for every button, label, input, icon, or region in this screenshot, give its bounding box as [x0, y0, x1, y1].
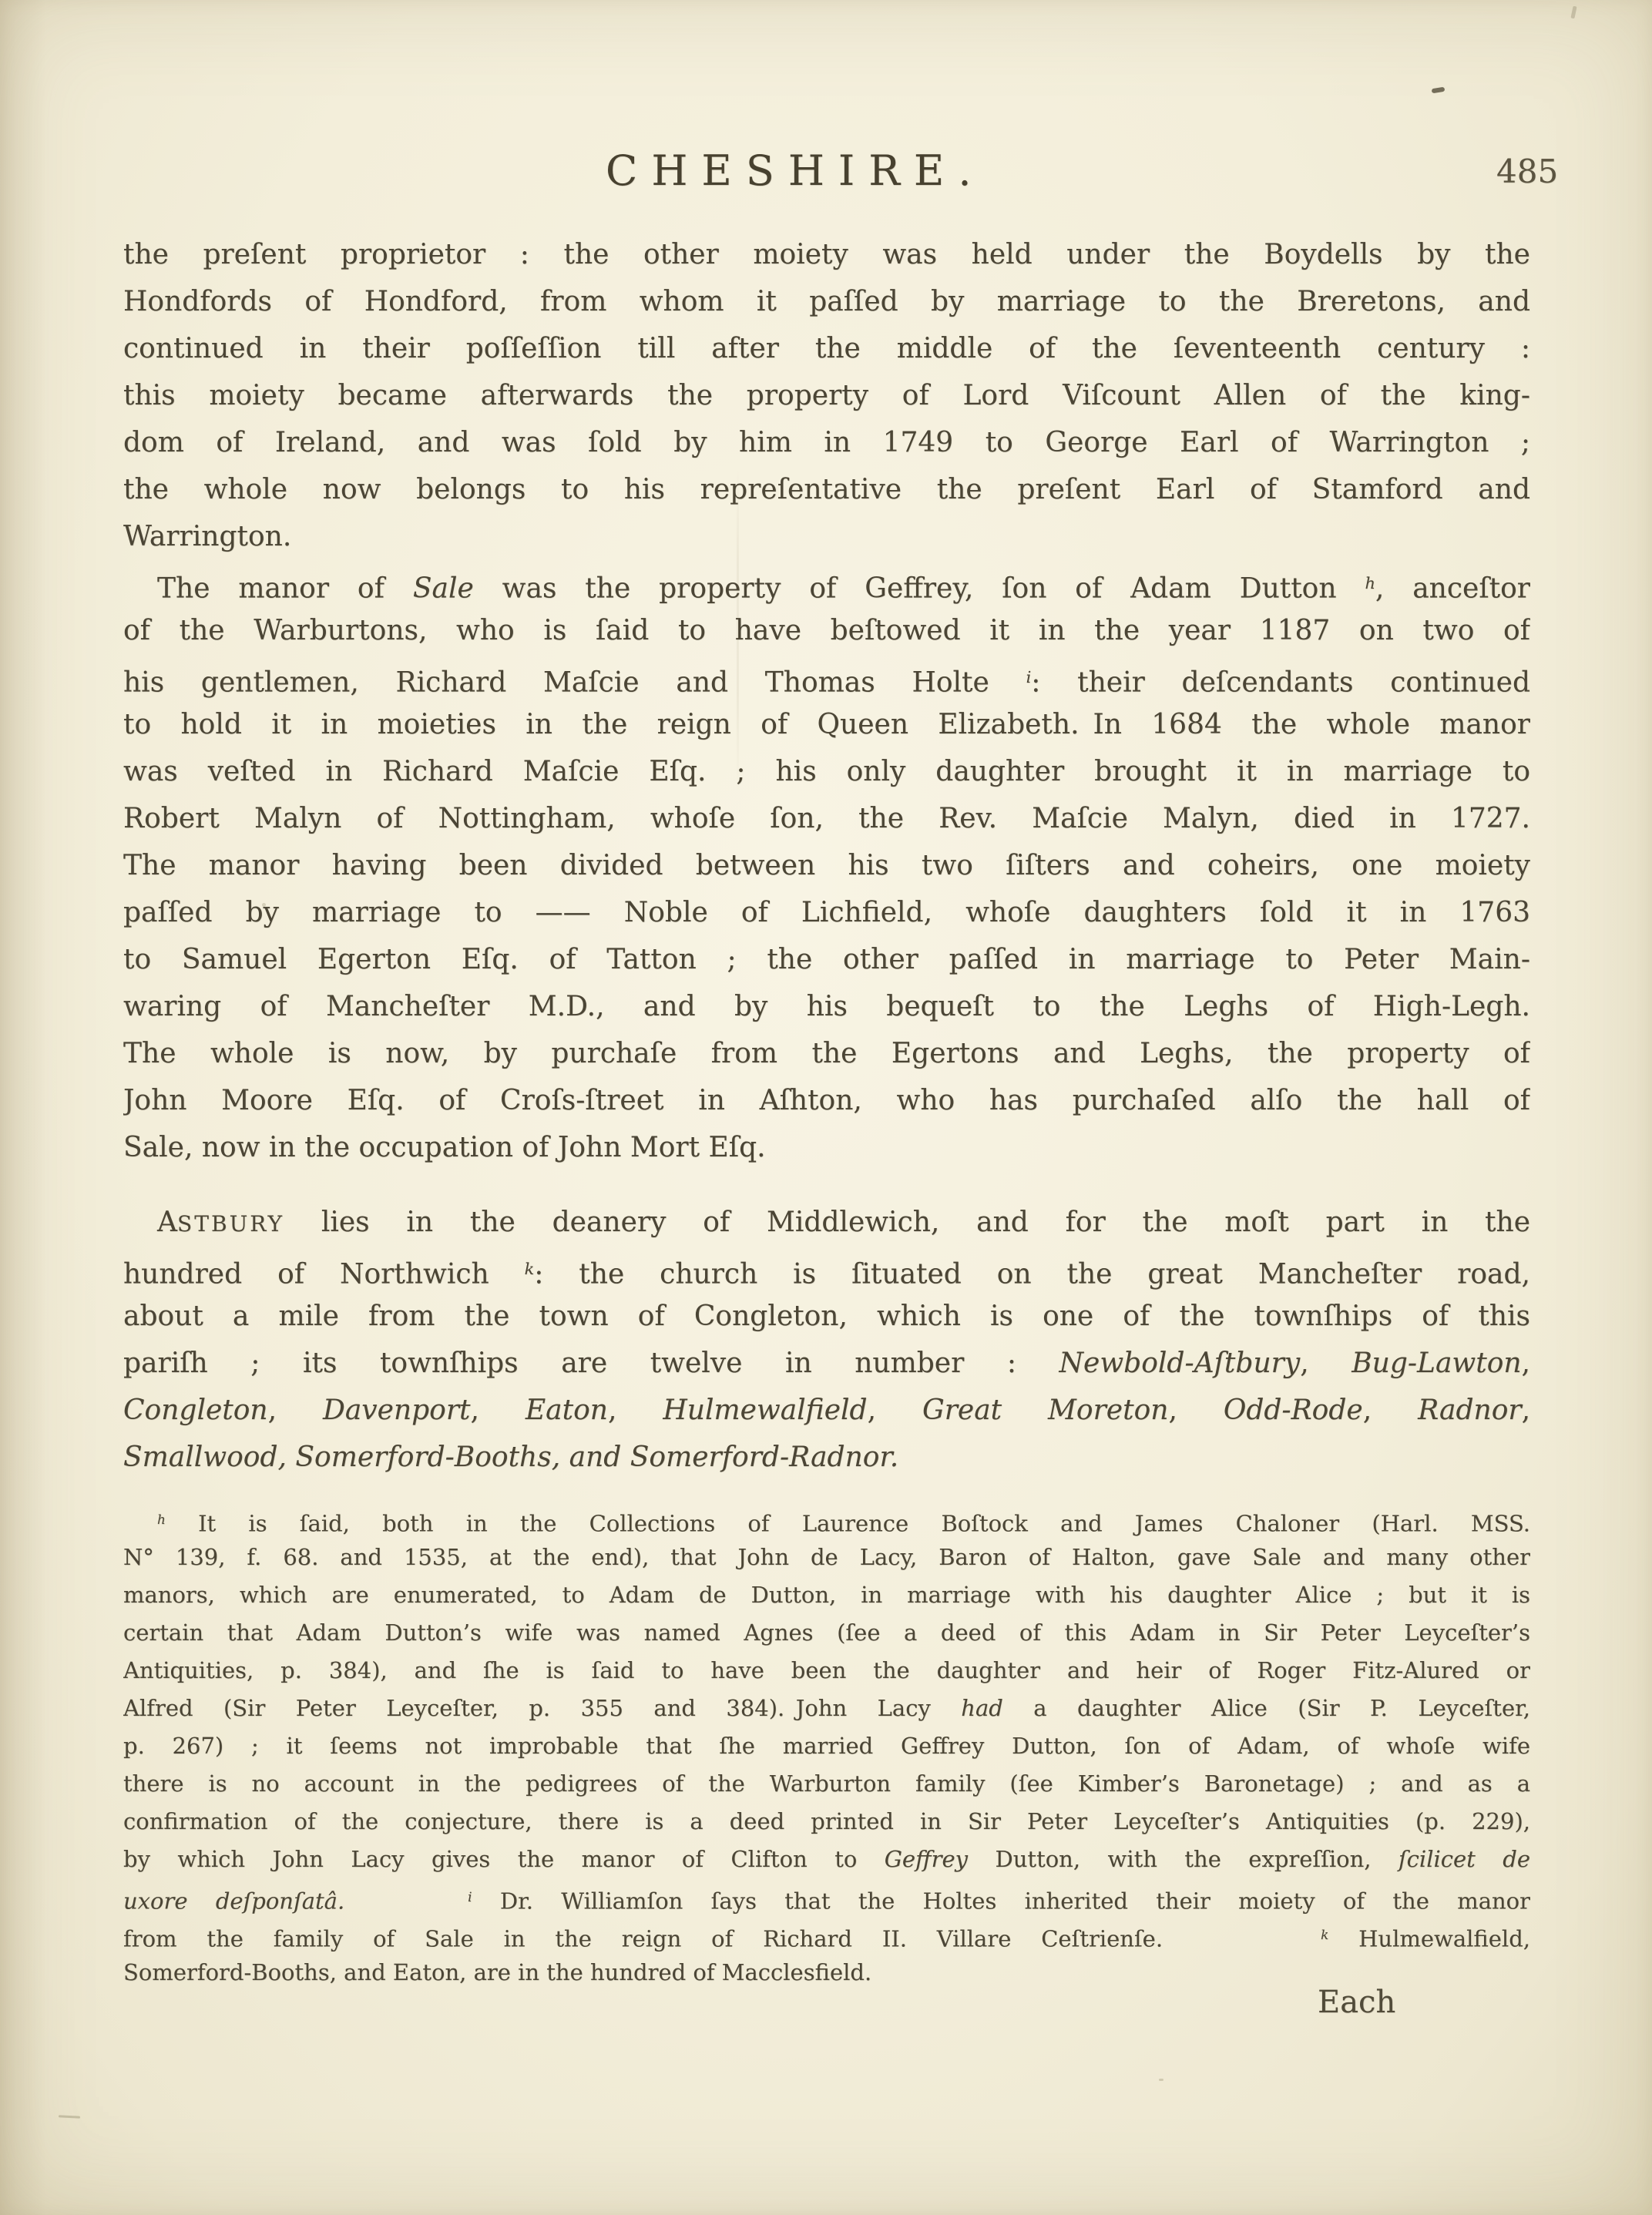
text-run: Antiquities, p. 384), and ſhe is ſaid to…: [123, 1657, 1530, 1683]
footnote-marker: h: [157, 1512, 166, 1527]
text-line: there is no account in the pedigrees of …: [123, 1765, 1530, 1803]
text-run: The manor having been divided between hi…: [123, 850, 1530, 881]
text-run: manors, which are enumerated, to Adam de…: [123, 1582, 1530, 1608]
text-run: certain that Adam Dutton’s wife was name…: [123, 1619, 1530, 1646]
text-line: the preſent proprietor : the other moiet…: [123, 231, 1530, 278]
catchword: Each: [1318, 1985, 1395, 2020]
text-run: , anceſtor: [1375, 572, 1530, 604]
text-line: his gentlemen, Richard Maſcie and Thomas…: [123, 654, 1530, 701]
text-line: from the family of Sale in the reign of …: [123, 1916, 1530, 1954]
paragraph-sale-manor: The manor of Sale was the property of Ge…: [123, 560, 1530, 1171]
text-run: John Moore Eſq. of Croſs-ſtreet in Aſhto…: [123, 1085, 1530, 1116]
text-line: confirmation of the conjecture, there is…: [123, 1803, 1530, 1841]
text-run: ,: [608, 1394, 663, 1426]
text-line: was veſted in Richard Maſcie Eſq. ; his …: [123, 748, 1530, 795]
text-run: Congleton: [123, 1394, 268, 1426]
text-line: Congleton, Davenport, Eaton, Hulmewalfie…: [123, 1387, 1530, 1434]
text-run: of the Warburtons, who is ſaid to have b…: [123, 615, 1530, 646]
text-line: N° 139, f. 68. and 1535, at the end), th…: [123, 1539, 1530, 1576]
text-line: The whole is now, by purchaſe from the E…: [123, 1030, 1530, 1077]
text-run: hundred of Northwich: [123, 1258, 525, 1290]
text-run: STBURY: [177, 1211, 284, 1237]
text-line: Alfred (Sir Peter Leyceſter, p. 355 and …: [123, 1690, 1530, 1727]
text-line: Robert Malyn of Nottingham, whoſe ſon, t…: [123, 795, 1530, 842]
text-run: Dr. Williamſon ſays that the Holtes inhe…: [472, 1888, 1530, 1914]
text-run: ſcilicet de: [1398, 1846, 1530, 1872]
text-line: manors, which are enumerated, to Adam de…: [123, 1576, 1530, 1614]
text-line: h It is ſaid, both in the Collections of…: [123, 1501, 1530, 1539]
paragraph-continuation: the preſent proprietor : the other moiet…: [123, 231, 1530, 560]
footnotes-block: h It is ſaid, both in the Collections of…: [123, 1501, 1530, 1992]
running-head-title: CHESHIRE.: [606, 146, 985, 195]
text-run: by which John Lacy gives the manor of Cl…: [123, 1846, 885, 1872]
text-line: to hold it in moieties in the reign of Q…: [123, 701, 1530, 748]
text-run: Hulmewalfield,: [1328, 1925, 1530, 1952]
text-run: Dutton, with the expreſſion,: [968, 1846, 1398, 1872]
book-page: CHESHIRE. 485 the preſent proprietor : t…: [0, 0, 1652, 2215]
text-run: Alfred (Sir Peter Leyceſter, p. 355 and …: [123, 1695, 961, 1721]
text-run: ,: [1363, 1394, 1418, 1426]
text-line: certain that Adam Dutton’s wife was name…: [123, 1614, 1530, 1652]
text-line: Hondfords of Hondford, from whom it paſſ…: [123, 278, 1530, 325]
text-line: Sale, now in the occupation of John Mort…: [123, 1124, 1530, 1171]
text-run: was veſted in Richard Maſcie Eſq. ; his …: [123, 756, 1530, 787]
text-line: Warrington.: [123, 513, 1530, 560]
text-line: uxore deſponſatâ.i Dr. Williamſon ſays t…: [123, 1878, 1530, 1916]
text-line: ASTBURY lies in the deanery of Middlewic…: [123, 1199, 1530, 1246]
text-run: Hulmewalfield: [663, 1394, 867, 1426]
text-run: uxore deſponſatâ.: [123, 1888, 344, 1914]
text-run: dom of Ireland, and was ſold by him in 1…: [123, 427, 1530, 458]
text-run: p. 267) ; it ſeems not improbable that ſ…: [123, 1733, 1530, 1759]
paragraph-astbury: ASTBURY lies in the deanery of Middlewic…: [123, 1199, 1530, 1481]
text-run: ,: [1522, 1394, 1530, 1426]
text-run: Warrington.: [123, 521, 291, 552]
text-run: : the church is ſituated on the great Ma…: [534, 1258, 1530, 1290]
text-run: was the property of Geffrey, ſon of Adam…: [474, 572, 1365, 604]
text-run: Geffrey: [885, 1846, 968, 1872]
text-line: Antiquities, p. 384), and ſhe is ſaid to…: [123, 1652, 1530, 1690]
text-run: The manor of: [157, 572, 413, 604]
text-line: The manor having been divided between hi…: [123, 842, 1530, 889]
text-run: ,: [471, 1394, 525, 1426]
text-run: : their deſcendants continued: [1031, 666, 1530, 698]
text-run: Somerford-Booths, and Eaton, are in the …: [123, 1959, 871, 1985]
text-run: Sale, now in the occupation of John Mort…: [123, 1132, 766, 1163]
text-line: paſſed by marriage to —— Noble of Lichfi…: [123, 889, 1530, 936]
footnote-marker: h: [1365, 574, 1375, 592]
text-run: his gentlemen, Richard Maſcie and Thomas…: [123, 666, 1026, 698]
footnote-marker: k: [525, 1260, 535, 1278]
text-line: continued in their poſſeſſion till after…: [123, 325, 1530, 372]
text-run: ,: [1168, 1394, 1223, 1426]
text-run: pariſh ; its townſhips are twelve in num…: [123, 1347, 1059, 1379]
text-line: about a mile from the town of Congleton,…: [123, 1293, 1530, 1340]
text-run: ,: [868, 1394, 922, 1426]
text-run: there is no account in the pedigrees of …: [123, 1770, 1530, 1797]
corner-mark: [1570, 6, 1576, 19]
text-run: It is ſaid, both in the Collections of L…: [166, 1510, 1530, 1536]
text-line: hundred of Northwich k: the church is ſi…: [123, 1246, 1530, 1293]
text-run: ,: [268, 1394, 323, 1426]
text-run: continued in their poſſeſſion till after…: [123, 333, 1530, 364]
text-run: this moiety became afterwards the proper…: [123, 380, 1530, 411]
text-line: p. 267) ; it ſeems not improbable that ſ…: [123, 1727, 1530, 1765]
text-run: Eaton: [525, 1394, 608, 1426]
text-line: dom of Ireland, and was ſold by him in 1…: [123, 419, 1530, 466]
text-run: the preſent proprietor : the other moiet…: [123, 239, 1530, 270]
text-line: Smallwood, Somerford-Booths, and Somerfo…: [123, 1434, 1530, 1481]
text-run: confirmation of the conjecture, there is…: [123, 1808, 1530, 1834]
main-text: the preſent proprietor : the other moiet…: [123, 231, 1530, 1171]
text-run: to hold it in moieties in the reign of Q…: [123, 709, 1530, 740]
text-run: Sale: [413, 572, 474, 604]
paper-fiber-bottom-left: [59, 2115, 80, 2118]
paper-speck: [1159, 2079, 1163, 2081]
text-run: ,: [1522, 1347, 1530, 1379]
text-run: a daughter Alice (Sir P. Leyceſter,: [1003, 1695, 1530, 1721]
text-line: waring of Mancheſter M.D., and by his be…: [123, 983, 1530, 1030]
text-run: Radnor: [1418, 1394, 1522, 1426]
text-run: N° 139, f. 68. and 1535, at the end), th…: [123, 1544, 1530, 1570]
text-run: Robert Malyn of Nottingham, whoſe ſon, t…: [123, 803, 1530, 834]
text-line: The manor of Sale was the property of Ge…: [123, 560, 1530, 607]
text-run: lies in the deanery of Middlewich, and f…: [284, 1207, 1530, 1238]
text-line: to Samuel Egerton Eſq. of Tatton ; the o…: [123, 936, 1530, 983]
text-line: John Moore Eſq. of Croſs-ſtreet in Aſhto…: [123, 1077, 1530, 1124]
paper-speck: [262, 903, 266, 907]
text-line: by which John Lacy gives the manor of Cl…: [123, 1841, 1530, 1878]
text-run: had: [961, 1695, 1003, 1721]
page-number: 485: [1496, 153, 1558, 190]
text-run: Smallwood, Somerford-Booths, and Somerfo…: [123, 1441, 898, 1473]
text-run: about a mile from the town of Congleton,…: [123, 1300, 1530, 1332]
text-run: the whole now belongs to his repreſentat…: [123, 474, 1530, 505]
text-run: Hondfords of Hondford, from whom it paſſ…: [123, 286, 1530, 317]
text-run: Davenport: [323, 1394, 471, 1426]
text-line: of the Warburtons, who is ſaid to have b…: [123, 607, 1530, 654]
text-line: this moiety became afterwards the proper…: [123, 372, 1530, 419]
text-run: from the family of Sale in the reign of …: [123, 1925, 1163, 1952]
text-line: pariſh ; its townſhips are twelve in num…: [123, 1340, 1530, 1387]
footnote-marker: k: [1321, 1927, 1328, 1942]
text-run: A: [157, 1207, 177, 1238]
text-line: the whole now belongs to his repreſentat…: [123, 466, 1530, 513]
text-run: Bug-Lawton: [1351, 1347, 1521, 1379]
text-run: ,: [1300, 1347, 1351, 1379]
text-run: waring of Mancheſter M.D., and by his be…: [123, 991, 1530, 1022]
text-run: Great Moreton: [922, 1394, 1169, 1426]
text-run: paſſed by marriage to —— Noble of Lichfi…: [123, 897, 1530, 928]
ink-mark-top-right: [1432, 87, 1445, 94]
text-run: to Samuel Egerton Eſq. of Tatton ; the o…: [123, 944, 1530, 975]
text-run: Odd-Rode: [1224, 1394, 1363, 1426]
text-run: Newbold-Aſtbury: [1059, 1347, 1301, 1379]
text-run: The whole is now, by purchaſe from the E…: [123, 1038, 1530, 1069]
